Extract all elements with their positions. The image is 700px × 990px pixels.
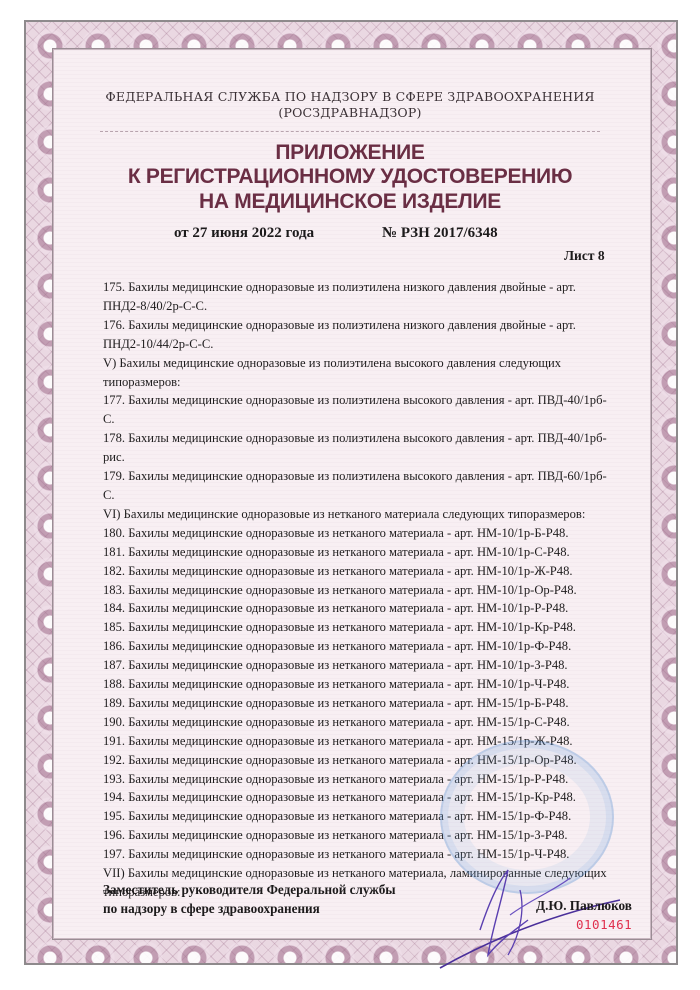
document-subtitle-line1: К РЕГИСТРАЦИОННОМУ УДОСТОВЕРЕНИЮ bbox=[0, 165, 700, 189]
document-line: 181. Бахилы медицинские одноразовые из н… bbox=[103, 543, 648, 562]
agency-name: ФЕДЕРАЛЬНАЯ СЛУЖБА ПО НАДЗОРУ В СФЕРЕ ЗД… bbox=[0, 89, 700, 105]
document-line: 194. Бахилы медицинские одноразовые из н… bbox=[103, 788, 648, 807]
document-line: V) Бахилы медицинские одноразовые из пол… bbox=[103, 354, 648, 373]
document-line: 191. Бахилы медицинские одноразовые из н… bbox=[103, 732, 648, 751]
document-line: 183. Бахилы медицинские одноразовые из н… bbox=[103, 581, 648, 600]
document-line: С. bbox=[103, 486, 648, 505]
document-line: 180. Бахилы медицинские одноразовые из н… bbox=[103, 524, 648, 543]
serial-number: 0101461 bbox=[576, 917, 632, 932]
document-line: С. bbox=[103, 410, 648, 429]
document-line: 196. Бахилы медицинские одноразовые из н… bbox=[103, 826, 648, 845]
document-line: 193. Бахилы медицинские одноразовые из н… bbox=[103, 770, 648, 789]
document-line: 195. Бахилы медицинские одноразовые из н… bbox=[103, 807, 648, 826]
document-line: ПНД2-10/44/2р-С-С. bbox=[103, 335, 648, 354]
document-body: 175. Бахилы медицинские одноразовые из п… bbox=[103, 278, 648, 902]
document-line: VI) Бахилы медицинские одноразовые из не… bbox=[103, 505, 648, 524]
document-title: ПРИЛОЖЕНИЕ bbox=[0, 141, 700, 165]
document-line: 190. Бахилы медицинские одноразовые из н… bbox=[103, 713, 648, 732]
document-subtitle-line2: НА МЕДИЦИНСКОЕ ИЗДЕЛИЕ bbox=[0, 190, 700, 214]
document-line: 177. Бахилы медицинские одноразовые из п… bbox=[103, 391, 648, 410]
document-line: 182. Бахилы медицинские одноразовые из н… bbox=[103, 562, 648, 581]
document-line: рис. bbox=[103, 448, 648, 467]
signer-name: Д.Ю. Павлюков bbox=[536, 898, 632, 914]
signer-title: Заместитель руководителя Федеральной слу… bbox=[103, 880, 396, 918]
document-date: от 27 июня 2022 года bbox=[174, 225, 314, 242]
registration-number: № РЗН 2017/6348 bbox=[382, 225, 498, 242]
document-line: 186. Бахилы медицинские одноразовые из н… bbox=[103, 637, 648, 656]
document-line: 197. Бахилы медицинские одноразовые из н… bbox=[103, 845, 648, 864]
document-line: ПНД2-8/40/2р-С-С. bbox=[103, 297, 648, 316]
document-line: 176. Бахилы медицинские одноразовые из п… bbox=[103, 316, 648, 335]
document-line: 188. Бахилы медицинские одноразовые из н… bbox=[103, 675, 648, 694]
signer-title-line1: Заместитель руководителя Федеральной слу… bbox=[103, 880, 396, 899]
agency-abbreviation: (РОСЗДРАВНАДЗОР) bbox=[0, 105, 700, 121]
document-line: 175. Бахилы медицинские одноразовые из п… bbox=[103, 278, 648, 297]
document-line: 192. Бахилы медицинские одноразовые из н… bbox=[103, 751, 648, 770]
document-line: 179. Бахилы медицинские одноразовые из п… bbox=[103, 467, 648, 486]
document-line: 178. Бахилы медицинские одноразовые из п… bbox=[103, 429, 648, 448]
document-line: 189. Бахилы медицинские одноразовые из н… bbox=[103, 694, 648, 713]
sheet-number: Лист 8 bbox=[564, 248, 605, 264]
signer-title-line2: по надзору в сфере здравоохранения bbox=[103, 899, 396, 918]
header-divider bbox=[100, 131, 600, 132]
document-line: 184. Бахилы медицинские одноразовые из н… bbox=[103, 599, 648, 618]
document-line: 185. Бахилы медицинские одноразовые из н… bbox=[103, 618, 648, 637]
document-line: 187. Бахилы медицинские одноразовые из н… bbox=[103, 656, 648, 675]
document-line: типоразмеров: bbox=[103, 373, 648, 392]
